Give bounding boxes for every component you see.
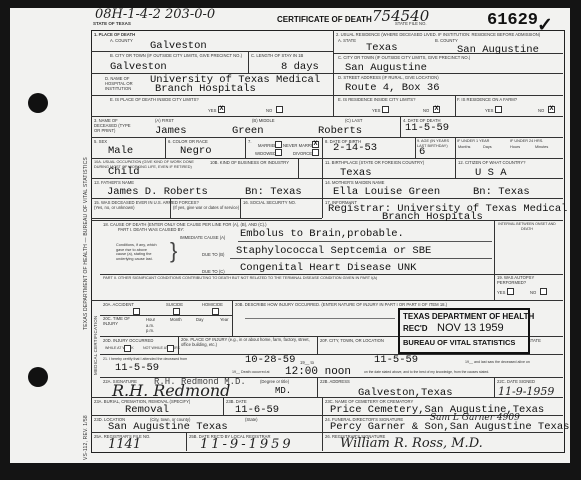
- state-header: STATE OF TEXAS: [93, 21, 131, 26]
- length-of-stay-label: c. LENGTH OF STAY in 1b: [251, 53, 303, 58]
- autopsy-no-checkbox[interactable]: [540, 288, 547, 295]
- certificate-number: 61629: [487, 11, 538, 30]
- death-county: Galveston: [150, 40, 207, 52]
- funeral-director: Percy Garner & Son,San Augustine Texas: [330, 421, 569, 433]
- bracket: }: [170, 238, 177, 264]
- not-while-at-work-checkbox[interactable]: [167, 345, 174, 352]
- farm-yes-checkbox[interactable]: [495, 106, 502, 113]
- residence-city: San Augustine: [345, 62, 427, 74]
- attended-to: 11-5-59: [374, 354, 418, 366]
- residence-inside-limits-no-checkbox[interactable]: X: [433, 106, 440, 113]
- county-label: a. COUNTY: [110, 38, 133, 43]
- father-birthplace: Bn: Texas: [245, 186, 302, 198]
- farm-no-checkbox[interactable]: X: [548, 106, 555, 113]
- registrar-signature: William R. Ross, M.D.: [340, 436, 483, 451]
- physician-address: Galveston,Texas: [358, 387, 453, 399]
- stamp-dept: TEXAS DEPARTMENT OF HEALTH: [403, 312, 534, 321]
- residence-street: Route 4, Box 36: [345, 82, 440, 94]
- due-to-b: Staphylococcal Septcemia or SBE: [236, 245, 431, 257]
- never-married-checkbox[interactable]: X: [312, 141, 319, 148]
- punch-hole-top: [28, 93, 48, 113]
- residence-state: Texas: [366, 42, 398, 54]
- attended-from: 10-28-59: [245, 354, 295, 366]
- immediate-cause: Embolus to Brain,probable.: [240, 228, 404, 240]
- death-inside-limits-no-checkbox[interactable]: [276, 106, 283, 113]
- due-to-c: Congenital Heart Disease UNK: [240, 262, 416, 274]
- while-at-work-checkbox[interactable]: [124, 345, 131, 352]
- autopsy-yes-checkbox[interactable]: [507, 288, 514, 295]
- side-text-form-number: VS-112, REV. 1/58: [83, 415, 89, 460]
- side-text-department: TEXAS DEPARTMENT OF HEALTH — BUREAU OF V…: [83, 157, 89, 330]
- state-file-no-label: STATE FILE NO.: [395, 21, 427, 26]
- hospital-name-line2: Branch Hospitals: [155, 83, 256, 95]
- divorced-checkbox[interactable]: [312, 149, 319, 156]
- certificate-title: CERTIFICATE OF DEATH: [277, 15, 372, 24]
- date-signed: 11-9-1959: [498, 385, 554, 398]
- death-time: 12:00 noon: [285, 366, 351, 378]
- disposition: Removal: [125, 404, 169, 416]
- stamp-received-date: NOV 13 1959: [437, 322, 504, 334]
- death-inside-limits-label: e. IS PLACE OF DEATH INSIDE CITY LIMITS?: [110, 97, 199, 102]
- last-saw-alive: 11-5-59: [115, 362, 159, 374]
- birthplace: Texas: [340, 167, 372, 179]
- date-of-birth: 2-14-53: [333, 142, 377, 154]
- race: Negro: [180, 145, 212, 157]
- last-name: Roberts: [318, 125, 362, 137]
- registrar-file-number: 1141: [108, 437, 141, 452]
- place-of-death-label: 1. PLACE OF DEATH: [94, 32, 135, 37]
- death-city: Galveston: [110, 61, 167, 73]
- mother-birthplace: Bn: Texas: [473, 186, 530, 198]
- death-city-label: b. CITY OR TOWN (If outside city limits,…: [110, 53, 242, 58]
- widowed-checkbox[interactable]: [275, 149, 282, 156]
- hospital-label: d. NAME OF HOSPITAL OR INSTITUTION: [105, 76, 150, 91]
- middle-name: Green: [232, 125, 264, 137]
- occupation: Child: [108, 166, 140, 178]
- length-of-stay: 8 days: [281, 61, 319, 73]
- father-name: James D. Roberts: [107, 186, 208, 198]
- stamp-bureau: BUREAU OF VITAL STATISTICS: [403, 338, 515, 347]
- citizenship: U S A: [475, 167, 507, 179]
- sex: Male: [108, 145, 133, 157]
- usual-residence-label: 2. USUAL RESIDENCE (Where deceased lived…: [336, 32, 540, 37]
- date-of-death: 11-5-59: [405, 122, 449, 134]
- physician-signature: R.H. Redmond: [112, 381, 230, 400]
- received-stamp: TEXAS DEPARTMENT OF HEALTH REC'D NOV 13 …: [398, 308, 530, 354]
- accident-checkbox[interactable]: [133, 308, 140, 315]
- informant-line2: Branch Hospitals: [382, 211, 483, 223]
- name-label: 3. NAME OF DECEASED (Type or print): [94, 118, 134, 133]
- punch-hole-bottom: [28, 367, 48, 387]
- physician-degree: MD.: [275, 386, 291, 396]
- handwritten-reference: 08H-1-4-2 203-0-0: [95, 7, 215, 22]
- burial-location: San Augustine Texas: [108, 421, 228, 433]
- first-name: James: [155, 125, 187, 137]
- residence-inside-limits-yes-checkbox[interactable]: [382, 106, 389, 113]
- death-inside-limits-yes-checkbox[interactable]: X: [218, 106, 225, 113]
- homicide-checkbox[interactable]: [212, 308, 219, 315]
- married-checkbox[interactable]: [275, 141, 282, 148]
- suicide-checkbox[interactable]: [173, 308, 180, 315]
- disposition-date: 11-6-59: [235, 404, 279, 416]
- date-received-local: 11-9-1959: [200, 437, 294, 452]
- age: 6: [419, 146, 425, 158]
- mother-maiden-name: Ella Louise Green: [333, 186, 440, 198]
- stamp-recd-label: REC'D: [403, 324, 428, 333]
